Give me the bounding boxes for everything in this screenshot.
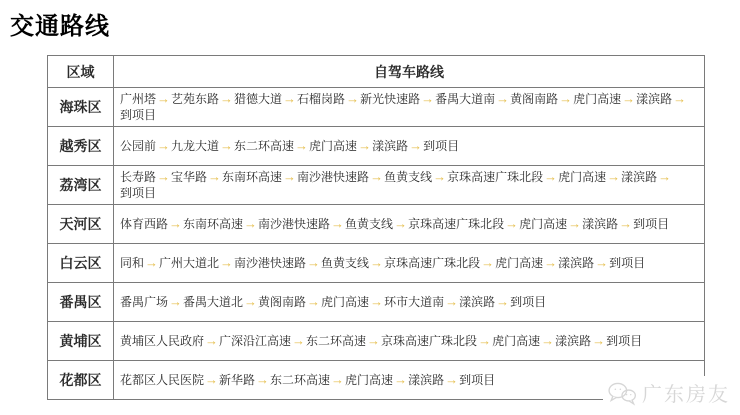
- route-segment: 花都区人民医院: [120, 373, 204, 387]
- route-segment: 石榴岗路: [297, 92, 345, 106]
- column-header-route: 自驾车路线: [114, 56, 705, 88]
- route-arrow-icon: →: [169, 294, 182, 309]
- table-header-row: 区域 自驾车路线: [48, 56, 705, 88]
- route-segment: 虎门高速: [573, 92, 621, 106]
- watermark: 广东房友: [603, 376, 736, 409]
- route-arrow-icon: →: [283, 169, 296, 184]
- route-segment: 新光快速路: [360, 92, 420, 106]
- route-arrow-icon: →: [370, 169, 383, 184]
- route-segment: 九龙大道: [171, 139, 219, 153]
- route-cell: 番禺广场→番禺大道北→黄阁南路→虎门高速→环市大道南→漾滨路→到项目: [114, 283, 705, 322]
- route-segment: 新华路: [219, 373, 255, 387]
- route-segment: 漾滨路: [555, 334, 591, 348]
- route-arrow-icon: →: [331, 216, 344, 231]
- table-row: 黄埔区黄埔区人民政府→广深沿江高速→东二环高速→京珠高速广珠北段→虎门高速→漾滨…: [48, 322, 705, 361]
- table-row: 天河区体育西路→东南环高速→南沙港快速路→鱼黄支线→京珠高速广珠北段→虎门高速→…: [48, 205, 705, 244]
- region-cell: 黄埔区: [48, 322, 114, 361]
- region-cell: 番禺区: [48, 283, 114, 322]
- route-arrow-icon: →: [244, 216, 257, 231]
- route-arrow-icon: →: [367, 333, 380, 348]
- route-segment: 京珠高速广珠北段: [447, 170, 543, 184]
- route-segment: 漾滨路: [558, 256, 594, 270]
- route-arrow-icon: →: [307, 255, 320, 270]
- route-segment: 南沙港快速路: [234, 256, 306, 270]
- route-table-body: 海珠区广州塔→艺苑东路→猎德大道→石榴岗路→新光快速路→番禺大道南→黄阁南路→虎…: [48, 88, 705, 400]
- route-segment: 到项目: [633, 217, 669, 231]
- route-arrow-icon: →: [295, 138, 308, 153]
- route-segment: 虎门高速: [309, 139, 357, 153]
- region-cell: 白云区: [48, 244, 114, 283]
- route-arrow-icon: →: [445, 294, 458, 309]
- route-segment: 黄阁南路: [258, 295, 306, 309]
- route-segment: 鱼黄支线: [345, 217, 393, 231]
- route-segment: 南沙港快速路: [258, 217, 330, 231]
- route-arrow-icon: →: [244, 294, 257, 309]
- route-segment: 漾滨路: [408, 373, 444, 387]
- route-arrow-icon: →: [568, 216, 581, 231]
- route-arrow-icon: →: [544, 255, 557, 270]
- route-arrow-icon: →: [292, 333, 305, 348]
- route-arrow-icon: →: [157, 91, 170, 106]
- route-segment: 东二环高速: [270, 373, 330, 387]
- route-segment: 鱼黄支线: [384, 170, 432, 184]
- page-title: 交通路线: [10, 6, 110, 41]
- route-cell: 黄埔区人民政府→广深沿江高速→东二环高速→京珠高速广珠北段→虎门高速→漾滨路→到…: [114, 322, 705, 361]
- region-cell: 花都区: [48, 361, 114, 400]
- route-segment: 南沙港快速路: [297, 170, 369, 184]
- watermark-text: 广东房友: [642, 378, 730, 407]
- route-arrow-icon: →: [622, 91, 635, 106]
- route-arrow-icon: →: [307, 294, 320, 309]
- table-row: 荔湾区长寿路→宝华路→东南环高速→南沙港快速路→鱼黄支线→京珠高速广珠北段→虎门…: [48, 166, 705, 205]
- route-segment: 到项目: [120, 108, 156, 122]
- route-segment: 艺苑东路: [171, 92, 219, 106]
- route-segment: 漾滨路: [459, 295, 495, 309]
- route-segment: 番禺大道北: [183, 295, 243, 309]
- route-arrow-icon: →: [592, 333, 605, 348]
- route-segment: 虎门高速: [558, 170, 606, 184]
- route-arrow-icon: →: [544, 169, 557, 184]
- route-arrow-icon: →: [658, 169, 671, 184]
- route-segment: 宝华路: [171, 170, 207, 184]
- route-segment: 京珠高速广珠北段: [408, 217, 504, 231]
- route-arrow-icon: →: [220, 138, 233, 153]
- route-arrow-icon: →: [331, 372, 344, 387]
- route-segment: 广州大道北: [159, 256, 219, 270]
- route-arrow-icon: →: [208, 169, 221, 184]
- route-segment: 广深沿江高速: [219, 334, 291, 348]
- route-segment: 东南环高速: [222, 170, 282, 184]
- route-segment: 长寿路: [120, 170, 156, 184]
- route-arrow-icon: →: [607, 169, 620, 184]
- route-arrow-icon: →: [358, 138, 371, 153]
- route-segment: 鱼黄支线: [321, 256, 369, 270]
- route-segment: 到项目: [609, 256, 645, 270]
- route-arrow-icon: →: [205, 372, 218, 387]
- route-arrow-icon: →: [157, 169, 170, 184]
- route-segment: 环市大道南: [384, 295, 444, 309]
- route-segment: 虎门高速: [492, 334, 540, 348]
- route-segment: 广州塔: [120, 92, 156, 106]
- region-cell: 越秀区: [48, 127, 114, 166]
- route-segment: 体育西路: [120, 217, 168, 231]
- route-arrow-icon: →: [346, 91, 359, 106]
- route-arrow-icon: →: [256, 372, 269, 387]
- route-cell: 长寿路→宝华路→东南环高速→南沙港快速路→鱼黄支线→京珠高速广珠北段→虎门高速→…: [114, 166, 705, 205]
- route-cell: 广州塔→艺苑东路→猎德大道→石榴岗路→新光快速路→番禺大道南→黄阁南路→虎门高速…: [114, 88, 705, 127]
- route-segment: 到项目: [423, 139, 459, 153]
- route-cell: 公园前→九龙大道→东二环高速→虎门高速→漾滨路→到项目: [114, 127, 705, 166]
- route-segment: 到项目: [606, 334, 642, 348]
- route-table: 区域 自驾车路线 海珠区广州塔→艺苑东路→猎德大道→石榴岗路→新光快速路→番禺大…: [47, 55, 705, 400]
- route-segment: 到项目: [120, 186, 156, 200]
- route-cell: 体育西路→东南环高速→南沙港快速路→鱼黄支线→京珠高速广珠北段→虎门高速→漾滨路…: [114, 205, 705, 244]
- route-arrow-icon: →: [220, 91, 233, 106]
- route-arrow-icon: →: [541, 333, 554, 348]
- route-segment: 漾滨路: [621, 170, 657, 184]
- route-arrow-icon: →: [421, 91, 434, 106]
- route-arrow-icon: →: [157, 138, 170, 153]
- table-row: 海珠区广州塔→艺苑东路→猎德大道→石榴岗路→新光快速路→番禺大道南→黄阁南路→虎…: [48, 88, 705, 127]
- route-arrow-icon: →: [445, 372, 458, 387]
- table-row: 白云区同和→广州大道北→南沙港快速路→鱼黄支线→京珠高速广珠北段→虎门高速→漾滨…: [48, 244, 705, 283]
- route-cell: 同和→广州大道北→南沙港快速路→鱼黄支线→京珠高速广珠北段→虎门高速→漾滨路→到…: [114, 244, 705, 283]
- route-segment: 京珠高速广珠北段: [384, 256, 480, 270]
- route-segment: 番禺广场: [120, 295, 168, 309]
- route-arrow-icon: →: [595, 255, 608, 270]
- route-segment: 东二环高速: [234, 139, 294, 153]
- route-segment: 黄埔区人民政府: [120, 334, 204, 348]
- route-arrow-icon: →: [496, 91, 509, 106]
- route-segment: 番禺大道南: [435, 92, 495, 106]
- route-arrow-icon: →: [505, 216, 518, 231]
- route-segment: 同和: [120, 256, 144, 270]
- table-row: 越秀区公园前→九龙大道→东二环高速→虎门高速→漾滨路→到项目: [48, 127, 705, 166]
- route-segment: 东南环高速: [183, 217, 243, 231]
- route-segment: 到项目: [459, 373, 495, 387]
- route-arrow-icon: →: [481, 255, 494, 270]
- route-arrow-icon: →: [205, 333, 218, 348]
- route-segment: 虎门高速: [495, 256, 543, 270]
- route-segment: 漾滨路: [372, 139, 408, 153]
- route-segment: 漾滨路: [582, 217, 618, 231]
- region-cell: 海珠区: [48, 88, 114, 127]
- route-segment: 虎门高速: [321, 295, 369, 309]
- region-cell: 天河区: [48, 205, 114, 244]
- route-segment: 到项目: [510, 295, 546, 309]
- route-arrow-icon: →: [220, 255, 233, 270]
- route-segment: 黄阁南路: [510, 92, 558, 106]
- route-segment: 公园前: [120, 139, 156, 153]
- route-arrow-icon: →: [673, 91, 686, 106]
- region-cell: 荔湾区: [48, 166, 114, 205]
- route-segment: 漾滨路: [636, 92, 672, 106]
- column-header-region: 区域: [48, 56, 114, 88]
- wechat-icon: [607, 380, 637, 406]
- route-arrow-icon: →: [394, 372, 407, 387]
- route-arrow-icon: →: [283, 91, 296, 106]
- route-arrow-icon: →: [559, 91, 572, 106]
- route-segment: 虎门高速: [519, 217, 567, 231]
- route-arrow-icon: →: [394, 216, 407, 231]
- route-arrow-icon: →: [370, 255, 383, 270]
- route-arrow-icon: →: [370, 294, 383, 309]
- route-segment: 东二环高速: [306, 334, 366, 348]
- route-segment: 京珠高速广珠北段: [381, 334, 477, 348]
- route-arrow-icon: →: [433, 169, 446, 184]
- route-segment: 虎门高速: [345, 373, 393, 387]
- route-arrow-icon: →: [478, 333, 491, 348]
- route-arrow-icon: →: [496, 294, 509, 309]
- route-arrow-icon: →: [169, 216, 182, 231]
- route-arrow-icon: →: [409, 138, 422, 153]
- route-arrow-icon: →: [619, 216, 632, 231]
- route-segment: 猎德大道: [234, 92, 282, 106]
- table-row: 番禺区番禺广场→番禺大道北→黄阁南路→虎门高速→环市大道南→漾滨路→到项目: [48, 283, 705, 322]
- route-arrow-icon: →: [145, 255, 158, 270]
